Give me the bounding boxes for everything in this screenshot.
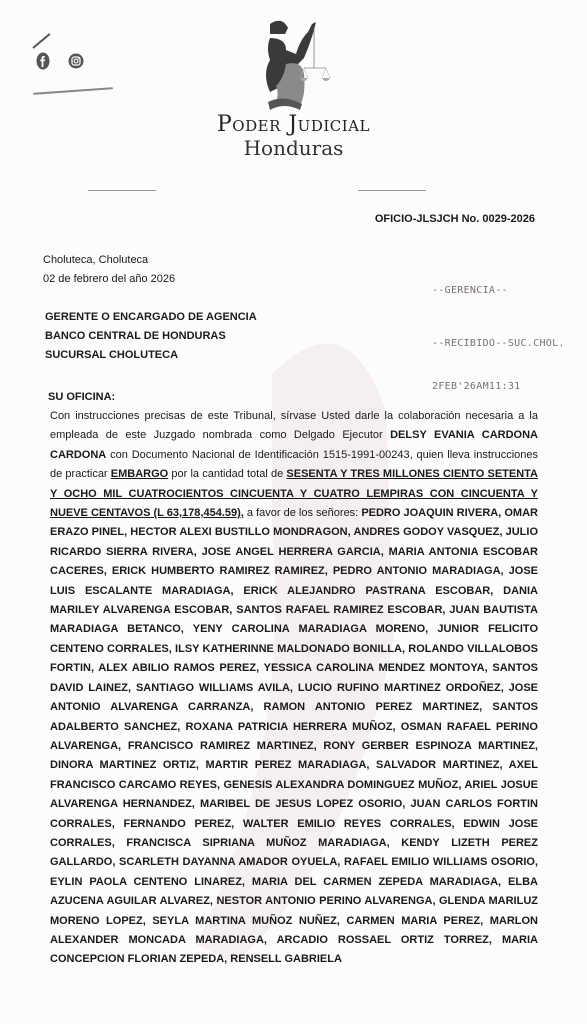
- location-date: Choluteca, Choluteca 02 de febrero del a…: [43, 251, 175, 289]
- divider-right: [358, 190, 426, 191]
- decorative-line: [33, 87, 113, 95]
- document-page: Poder Judicial Honduras OFICIO-JLSJCH No…: [0, 0, 587, 1024]
- date: 02 de febrero del año 2026: [43, 270, 175, 289]
- brand-subtitle: Honduras: [0, 136, 587, 160]
- amount-intro: por la cantidad total de: [168, 468, 286, 480]
- facebook-icon: [36, 52, 50, 70]
- recipient-title: GERENTE O ENCARGADO DE AGENCIA: [45, 308, 257, 327]
- body-paragraph: Con instrucciones precisas de este Tribu…: [50, 407, 538, 970]
- instagram-icon: [68, 53, 84, 69]
- stamp-gerencia: --GERENCIA--: [432, 285, 508, 296]
- pen-mark: [32, 33, 50, 49]
- salutation: SU OFICINA:: [48, 391, 115, 403]
- oficio-number: OFICIO-JLSJCH No. 0029-2026: [375, 213, 535, 225]
- beneficiaries-list: PEDRO JOAQUIN RIVERA, OMAR ERAZO PINEL, …: [50, 507, 538, 965]
- stamp-timestamp: 2FEB'26AM11:31: [432, 381, 521, 392]
- lady-justice-logo-icon: [240, 14, 350, 114]
- social-icons: [36, 52, 84, 70]
- recipient-institution: BANCO CENTRAL DE HONDURAS: [45, 327, 257, 346]
- location: Choluteca, Choluteca: [43, 251, 175, 270]
- action-type: EMBARGO: [111, 468, 168, 480]
- stamp-recibido: --RECIBIDO--SUC.CHOL.: [432, 338, 565, 349]
- recipient-branch: SUCURSAL CHOLUTECA: [45, 346, 257, 365]
- favor-text: a favor de los señores:: [244, 507, 361, 519]
- recipient-block: GERENTE O ENCARGADO DE AGENCIA BANCO CEN…: [45, 308, 257, 365]
- divider-left: [88, 190, 156, 191]
- brand-title: Poder Judicial: [0, 112, 587, 137]
